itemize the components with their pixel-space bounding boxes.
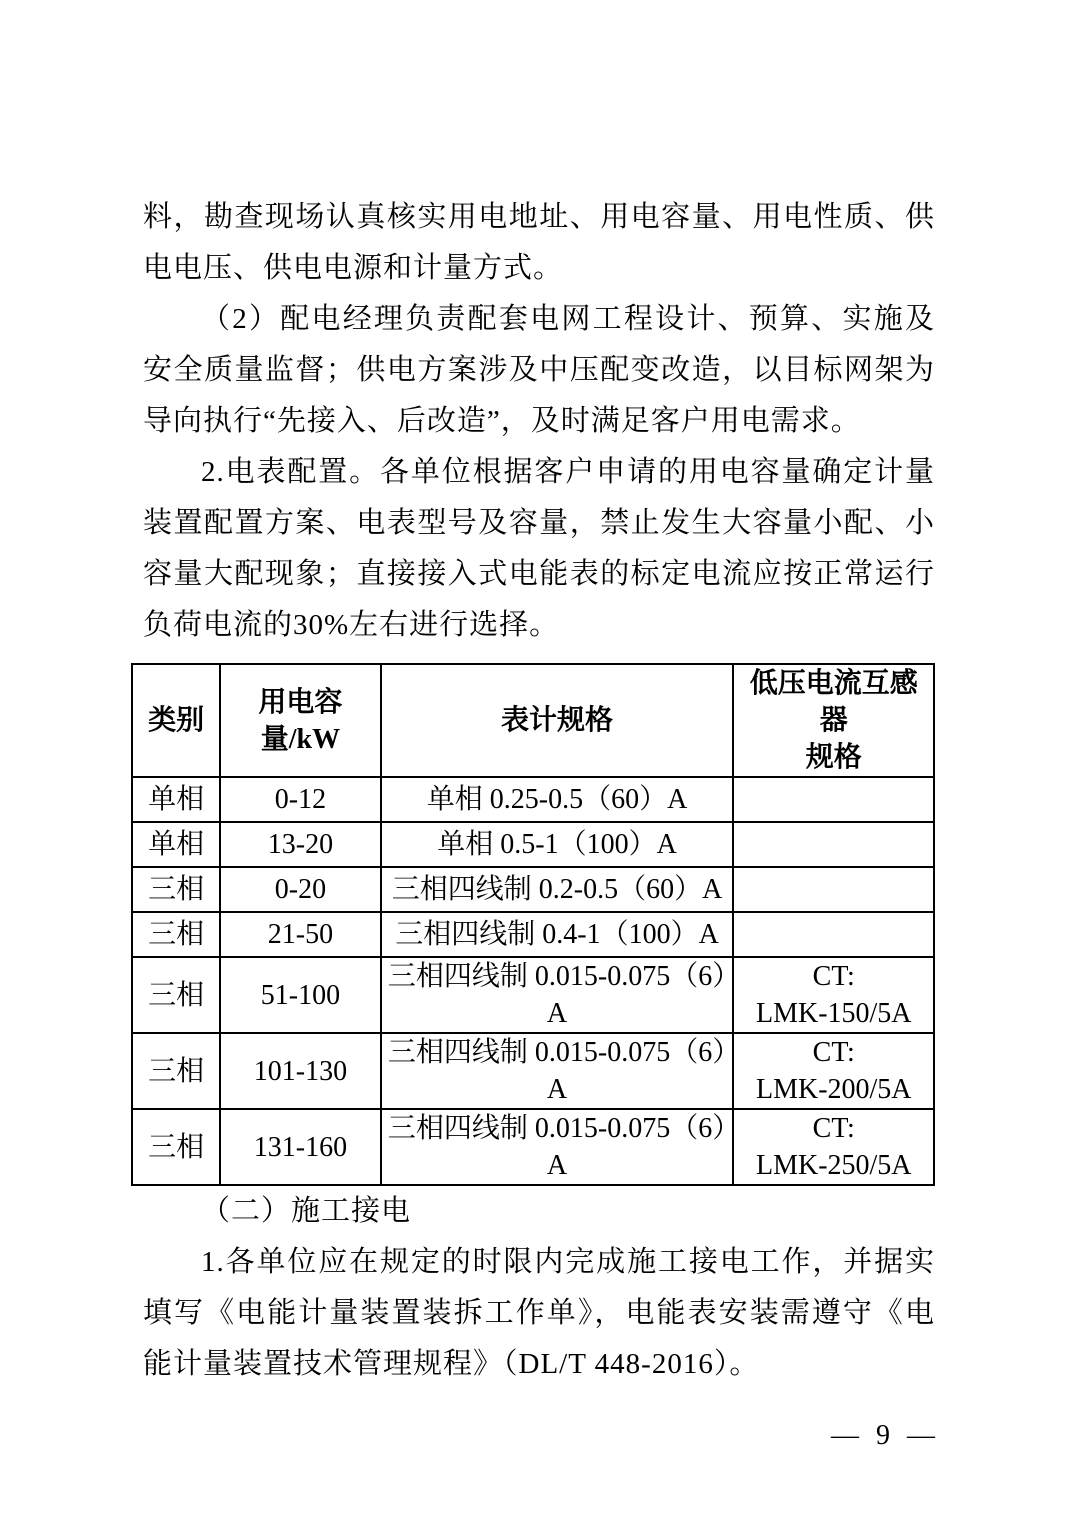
table-row: 三相 101-130 三相四线制 0.015-0.075（6）A CT: LMK… — [132, 1033, 934, 1109]
table-cell-category: 三相 — [132, 957, 220, 1033]
table-cell-capacity: 0-20 — [220, 867, 380, 912]
column-header-category: 类别 — [132, 664, 220, 777]
table-cell-capacity: 51-100 — [220, 957, 380, 1033]
table-cell-capacity: 0-12 — [220, 777, 380, 822]
body-paragraph-construction-power: 1.各单位应在规定的时限内完成施工接电工作，并据实填写《电能计量装置装拆工作单》… — [143, 1237, 935, 1390]
table-cell-capacity: 131-160 — [220, 1109, 380, 1185]
table-cell-meter-spec: 单相 0.25-0.5（60）A — [381, 777, 734, 822]
table-cell-meter-spec: 三相四线制 0.015-0.075（6）A — [381, 1033, 734, 1109]
table-cell-ct-spec: CT: LMK-150/5A — [733, 957, 934, 1033]
column-header-ct-spec: 低压电流互感器 规格 — [733, 664, 934, 777]
page-number: — 9 — — [143, 1416, 935, 1456]
body-paragraph-item-2: （2）配电经理负责配套电网工程设计、预算、实施及安全质量监督；供电方案涉及中压配… — [143, 294, 935, 447]
table-cell-category: 三相 — [132, 912, 220, 957]
table-cell-ct-spec: CT: LMK-250/5A — [733, 1109, 934, 1185]
table-cell-category: 单相 — [132, 822, 220, 867]
table-header-row: 类别 用电容量/kW 表计规格 低压电流互感器 规格 — [132, 664, 934, 777]
table-cell-category: 三相 — [132, 1033, 220, 1109]
body-paragraph-continuation: 料，勘查现场认真核实用电地址、用电容量、用电性质、供电电压、供电电源和计量方式。 — [143, 192, 935, 294]
table-cell-meter-spec: 三相四线制 0.015-0.075（6）A — [381, 1109, 734, 1185]
table-cell-capacity: 101-130 — [220, 1033, 380, 1109]
table-cell-category: 三相 — [132, 1109, 220, 1185]
column-header-capacity: 用电容量/kW — [220, 664, 380, 777]
table-cell-ct-spec — [733, 822, 934, 867]
document-page: 料，勘查现场认真核实用电地址、用电容量、用电性质、供电电压、供电电源和计量方式。… — [0, 0, 1074, 1520]
table-cell-capacity: 13-20 — [220, 822, 380, 867]
meter-spec-table: 类别 用电容量/kW 表计规格 低压电流互感器 规格 单相 0-12 单相 0.… — [131, 663, 935, 1186]
document-content: 料，勘查现场认真核实用电地址、用电容量、用电性质、供电电压、供电电源和计量方式。… — [0, 0, 1074, 1456]
table-cell-meter-spec: 三相四线制 0.015-0.075（6）A — [381, 957, 734, 1033]
table-row: 三相 0-20 三相四线制 0.2-0.5（60）A — [132, 867, 934, 912]
table-cell-ct-spec — [733, 777, 934, 822]
table-cell-ct-spec — [733, 867, 934, 912]
body-paragraph-meter-config: 2.电表配置。各单位根据客户申请的用电容量确定计量装置配置方案、电表型号及容量，… — [143, 447, 935, 651]
column-header-meter-spec: 表计规格 — [381, 664, 734, 777]
table-row: 三相 21-50 三相四线制 0.4-1（100）A — [132, 912, 934, 957]
table-cell-meter-spec: 单相 0.5-1（100）A — [381, 822, 734, 867]
table-cell-category: 单相 — [132, 777, 220, 822]
table-cell-ct-spec — [733, 912, 934, 957]
table-cell-meter-spec: 三相四线制 0.4-1（100）A — [381, 912, 734, 957]
table-cell-ct-spec: CT: LMK-200/5A — [733, 1033, 934, 1109]
section-heading-construction-power: （二）施工接电 — [143, 1186, 935, 1237]
table-cell-meter-spec: 三相四线制 0.2-0.5（60）A — [381, 867, 734, 912]
table-row: 三相 51-100 三相四线制 0.015-0.075（6）A CT: LMK-… — [132, 957, 934, 1033]
table-cell-capacity: 21-50 — [220, 912, 380, 957]
table-row: 单相 0-12 单相 0.25-0.5（60）A — [132, 777, 934, 822]
table-row: 单相 13-20 单相 0.5-1（100）A — [132, 822, 934, 867]
table-row: 三相 131-160 三相四线制 0.015-0.075（6）A CT: LMK… — [132, 1109, 934, 1185]
table-cell-category: 三相 — [132, 867, 220, 912]
